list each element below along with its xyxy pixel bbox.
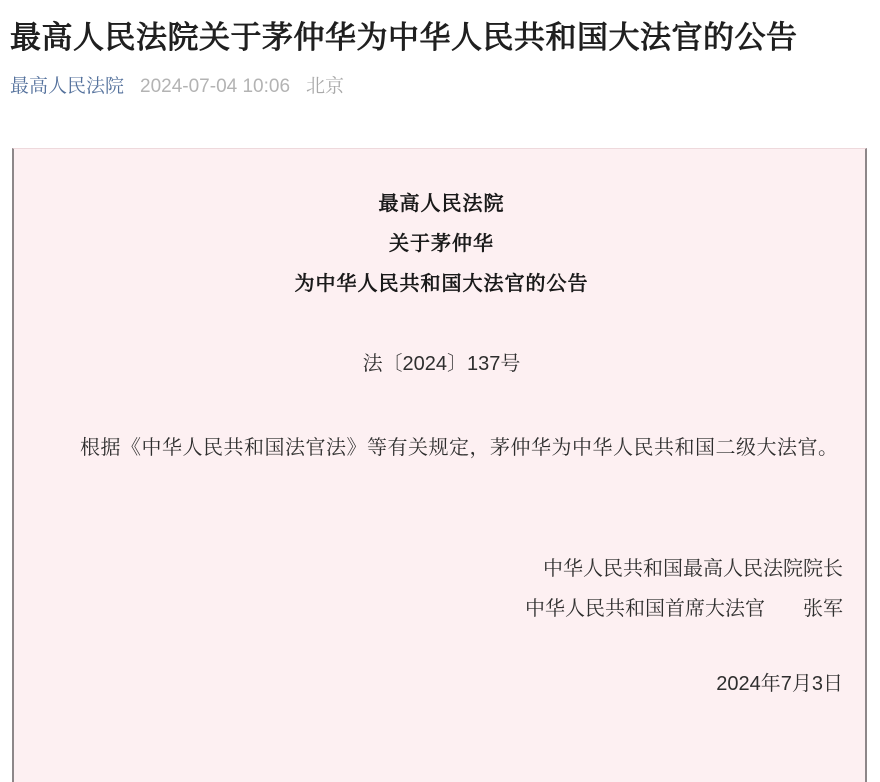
publish-datetime: 2024-07-04 10:06 bbox=[140, 76, 290, 98]
doc-heading: 最高人民法院 关于茅仲华 为中华人民共和国大法官的公告 bbox=[40, 184, 843, 304]
doc-number: 法〔2024〕137号 bbox=[40, 344, 843, 384]
doc-heading-line-3: 为中华人民共和国大法官的公告 bbox=[40, 264, 843, 304]
article-header: 最高人民法院关于茅仲华为中华人民共和国大法官的公告 最高人民法院 2024-07… bbox=[0, 0, 880, 98]
signature-line-1: 中华人民共和国最高人民法院院长 bbox=[40, 549, 843, 589]
doc-date: 2024年7月3日 bbox=[40, 664, 843, 704]
signature-block: 中华人民共和国最高人民法院院长 中华人民共和国首席大法官张军 bbox=[40, 549, 843, 629]
signature-line-2-name: 张军 bbox=[803, 598, 843, 620]
page-title: 最高人民法院关于茅仲华为中华人民共和国大法官的公告 bbox=[10, 19, 868, 57]
publish-location: 北京 bbox=[306, 76, 344, 98]
doc-body-paragraph: 根据《中华人民共和国法官法》等有关规定，茅仲华为中华人民共和国二级大法官。 bbox=[40, 428, 843, 468]
article-page: 最高人民法院关于茅仲华为中华人民共和国大法官的公告 最高人民法院 2024-07… bbox=[0, 0, 880, 98]
byline: 最高人民法院 2024-07-04 10:06 北京 bbox=[10, 76, 868, 98]
signature-line-2-title: 中华人民共和国首席大法官 bbox=[525, 598, 765, 620]
source-link[interactable]: 最高人民法院 bbox=[10, 76, 124, 98]
announcement-box: 最高人民法院 关于茅仲华 为中华人民共和国大法官的公告 法〔2024〕137号 … bbox=[12, 148, 867, 782]
signature-line-2: 中华人民共和国首席大法官张军 bbox=[40, 589, 843, 629]
doc-heading-line-2: 关于茅仲华 bbox=[40, 224, 843, 264]
doc-heading-line-1: 最高人民法院 bbox=[40, 184, 843, 224]
